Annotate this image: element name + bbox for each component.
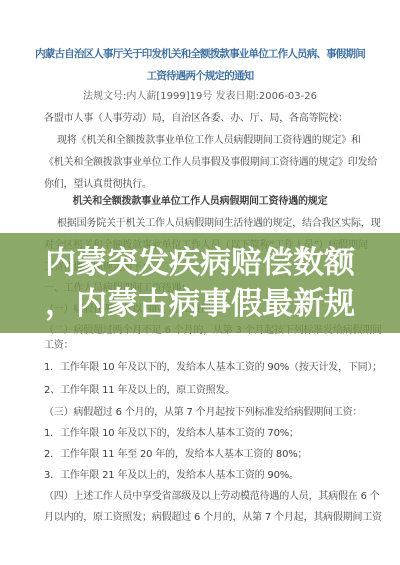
doc-line: 根据国务院关于机关工作人员病假期间生活待遇的规定，结合我区实际，现 — [57, 218, 380, 230]
overlay-banner: 内蒙突发疾病赔偿数额 ，内蒙古病事假最新规 — [0, 233, 400, 333]
document-title-line2: 工资待遇两个规定的通知 — [0, 70, 400, 82]
document-meta: 法规文号:内人薪[1999]19号 发表日期:2006-03-26 — [0, 91, 400, 103]
doc-line: 2、工作年限 11 年及以上的，原工资照发。 — [44, 385, 235, 397]
doc-line: 月以内的，原工资照发；病假超过 6 个月的，从第 7 个月起，其病假期间工资 — [44, 512, 382, 524]
doc-line-salutation: 各盟市人事（人事劳动）局，自治区各委、办、厅、局，各高等院校： — [44, 113, 348, 125]
article-page: 内蒙古自治区人事厅关于印发机关和全额拨款事业单位工作人员病、事假期间 工资待遇两… — [0, 0, 400, 565]
doc-line: 你们，望认真贯彻执行。 — [44, 179, 152, 191]
doc-line: 工资： — [44, 340, 73, 352]
doc-line: 《机关和全额拨款事业单位工作人员事假及事假期间工资待遇的规定》印发给 — [44, 157, 377, 169]
document-title-line1: 内蒙古自治区人事厅关于印发机关和全额拨款事业单位工作人员病、事假期间 — [0, 48, 400, 60]
doc-section-heading: 机关和全额拨款事业单位工作人员病假期间工资待遇的规定 — [0, 196, 400, 208]
doc-line: （三）病假超过 6 个月的，从第 7 个月起按下列标准发给病假期间工资： — [44, 407, 362, 419]
doc-line: 1．工作年限 10 年及以下的，发给本人基本工资的 90%（按天计发，下同）； — [44, 362, 382, 374]
overlay-headline-line1: 内蒙突发疾病赔偿数额 — [0, 246, 400, 280]
doc-line: 1．工作年限 10 年及以下的，发给本人基本工资的 70%； — [44, 428, 299, 440]
overlay-headline-line2: ，内蒙古病事假最新规 — [0, 287, 400, 321]
doc-line: 3．工作年限 21 年及以上的，发给本人基本工资的 90%。 — [44, 470, 299, 482]
doc-line: （四）上述工作人员中享受省部级及以上劳动模范待遇的人员，其病假在 6 个 — [44, 491, 380, 503]
doc-line: 2．工作年限 11 年至 20 年的，发给本人基本工资的 80%； — [44, 449, 307, 461]
doc-line: 现将《机关和全额拨款事业单位工作人员病假期间工资待遇的规定》和 — [57, 135, 361, 147]
